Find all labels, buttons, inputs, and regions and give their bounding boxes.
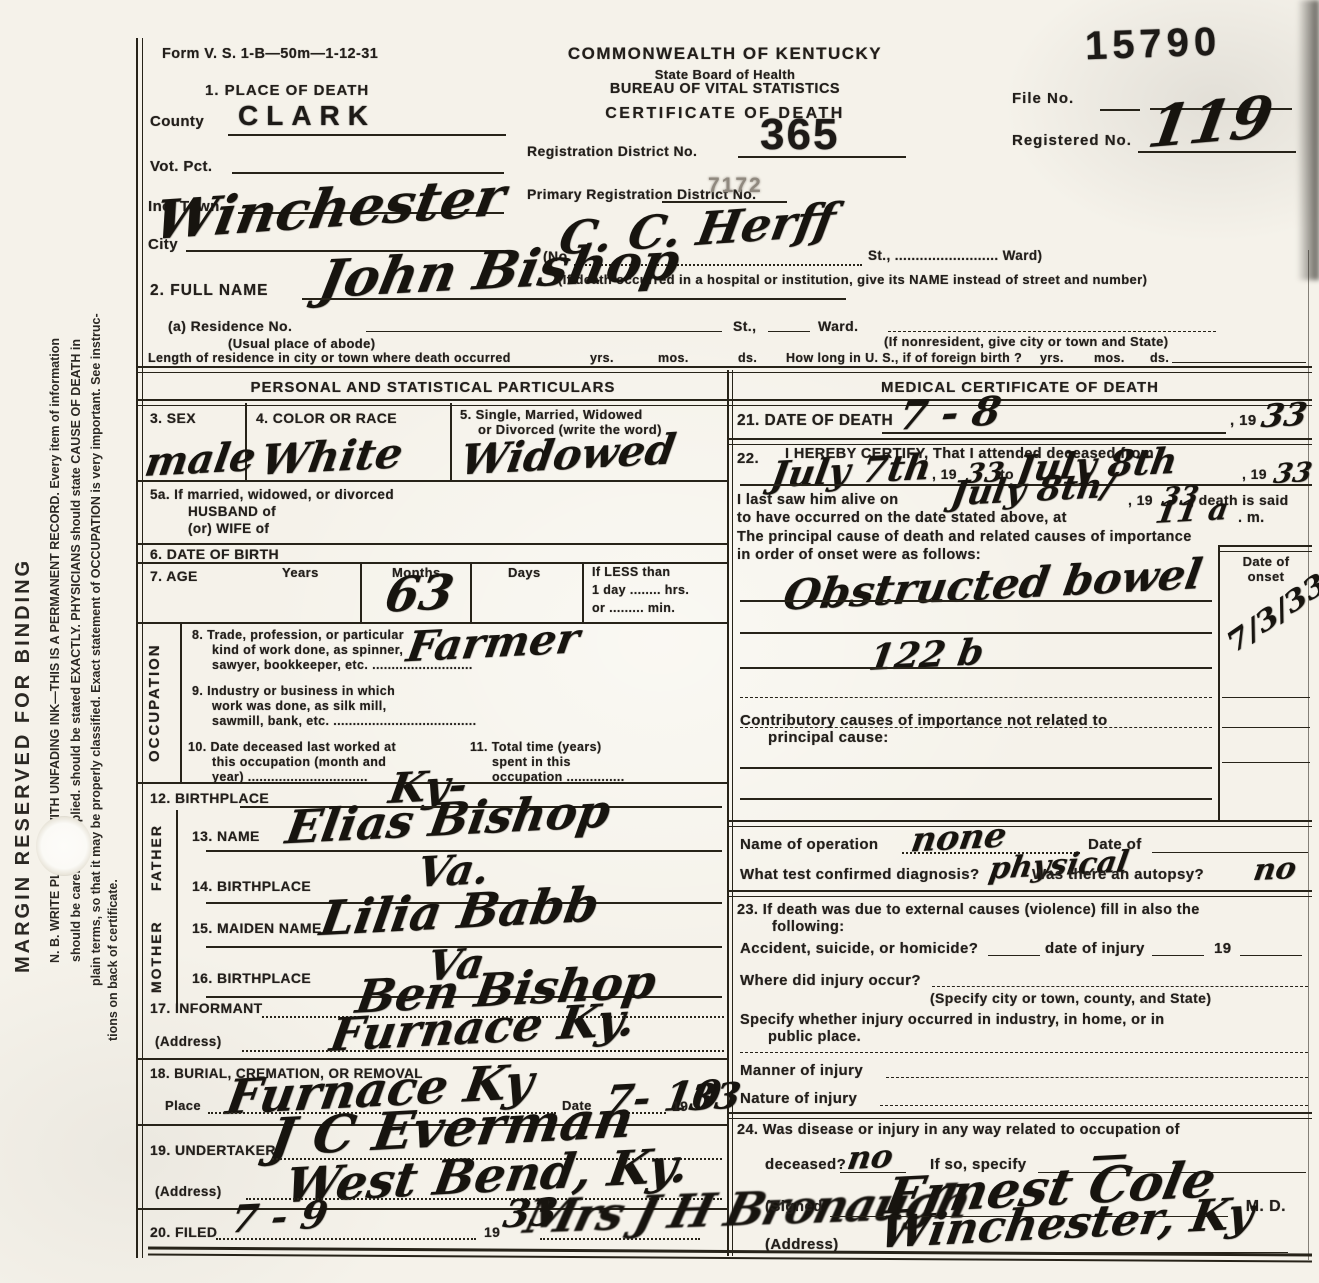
- burial-year-printed: 19: [672, 1098, 688, 1114]
- city-label: City: [148, 236, 178, 253]
- length-mos-label: mos.: [658, 351, 689, 365]
- full-name-label: 2. FULL NAME: [150, 282, 269, 300]
- date-of-death-year-printed: , 19: [1230, 412, 1257, 429]
- file-no-label: File No.: [1012, 90, 1074, 107]
- injury-date-line: [1152, 955, 1204, 956]
- place-of-death-title: 1. PLACE OF DEATH: [205, 82, 369, 99]
- age-col-divider-2: [470, 562, 472, 622]
- injury-bottom-rule: [727, 1112, 1312, 1119]
- undertaker-label: 19. UNDERTAKER: [150, 1142, 276, 1158]
- mother-name-label: 15. MAIDEN NAME: [192, 920, 322, 936]
- foreign-mos-label: mos.: [1094, 351, 1125, 365]
- margin-note-line5: tions on back of certificate.: [106, 690, 120, 1230]
- last-saw-year-printed: , 19: [1128, 492, 1153, 508]
- form-number: Form V. S. 1-B—50m—1-12-31: [162, 46, 378, 62]
- item5a-label-1: 5a. If married, widowed, or divorced: [150, 487, 394, 502]
- item5a-label-3: (or) WIFE of: [188, 521, 269, 536]
- registered-no-value: 119: [1143, 83, 1277, 161]
- signed-label: (Signed: [765, 1198, 823, 1215]
- margin-note-line2: N. B. WRITE PLAINLY, WITH UNFADING INK—T…: [48, 30, 62, 1270]
- state-board-subtitle: State Board of Health: [530, 67, 920, 82]
- color-box-divider: [450, 403, 452, 480]
- cause-line-1: [740, 600, 1212, 602]
- principal-cause-label-2: in order of onset were as follows:: [737, 547, 981, 563]
- contributory-label-1: Contributory causes of importance not re…: [740, 712, 1108, 729]
- color-race-value: White: [257, 428, 406, 484]
- primary-district-stamp: 7172: [708, 174, 763, 198]
- residence-ward-dash: [768, 331, 810, 332]
- deceased-label: deceased?: [765, 1156, 846, 1173]
- onset-box-line-1: [1222, 697, 1310, 698]
- item11-label-2: spent in this: [492, 755, 571, 769]
- father-name-value: Elias Bishop: [282, 784, 614, 855]
- margin-note-line4: plain terms, so that it may be properly …: [89, 30, 103, 1270]
- residence-ward-line: [888, 331, 1216, 332]
- scan-edge-artifact: [1297, 0, 1319, 280]
- county-label: County: [150, 113, 204, 130]
- medical-section-title: MEDICAL CERTIFICATE OF DEATH: [735, 379, 1305, 396]
- if-less-label-2: 1 day ........ hrs.: [592, 583, 689, 597]
- registered-no-label: Registered No.: [1012, 132, 1132, 149]
- cause-line-4: [740, 697, 1212, 698]
- filed-label: 20. FILED: [150, 1224, 217, 1240]
- item23-label-2: following:: [772, 919, 844, 935]
- medical-title-rule: [727, 399, 1312, 406]
- full-name-line: [302, 298, 846, 300]
- residence-ward-label: Ward.: [818, 318, 858, 334]
- manner-of-injury-line: [886, 1077, 1308, 1078]
- residence-line: [366, 331, 722, 332]
- county-line: [228, 134, 506, 136]
- date-of-death-line: [882, 432, 1226, 434]
- informant-address-label: (Address): [155, 1034, 222, 1049]
- father-box-divider: [176, 810, 178, 904]
- undertaker-address-label: (Address): [155, 1184, 222, 1199]
- occupation-vertical-label: OCCUPATION: [146, 624, 163, 782]
- last-saw-label: I last saw him alive on: [737, 492, 899, 508]
- marital-value: Widowed: [457, 424, 679, 484]
- injury-year-label: 19: [1214, 940, 1232, 957]
- city-value: Winchester: [150, 164, 511, 252]
- nature-of-injury-line: [880, 1105, 1308, 1106]
- color-race-label: 4. COLOR OR RACE: [256, 410, 397, 426]
- margin-binding-text: MARGIN RESERVED FOR BINDING: [12, 260, 35, 1270]
- personal-section-title: PERSONAL AND STATISTICAL PARTICULARS: [150, 379, 716, 396]
- cause-of-death-value-2: 122 b: [866, 631, 987, 679]
- length-ds-label: ds.: [738, 351, 757, 365]
- personal-title-rule: [136, 399, 727, 406]
- nature-of-injury-label: Nature of injury: [740, 1090, 857, 1107]
- item9-label-2: work was done, as silk mill,: [212, 699, 386, 713]
- operation-label: Name of operation: [740, 836, 878, 853]
- sex-row-bottom-line: [136, 480, 727, 482]
- where-injury-note: (Specify city or town, county, and State…: [930, 990, 1211, 1006]
- injury-year-line: [1240, 955, 1302, 956]
- item5a-label-2: HUSBAND of: [188, 504, 276, 519]
- hole-punch: [36, 816, 92, 876]
- accident-line: [988, 955, 1040, 956]
- contributory-line-2: [740, 798, 1212, 800]
- sex-value: male: [142, 433, 259, 486]
- contributory-bottom-rule: [727, 820, 1312, 827]
- length-residence-label: Length of residence in city or town wher…: [148, 351, 511, 365]
- specify-label-1: Specify whether injury occurred in indus…: [740, 1012, 1165, 1028]
- informant-address-dotted-line: [242, 1050, 724, 1052]
- age-years-header: Years: [282, 565, 319, 580]
- column-divider: [727, 370, 729, 1256]
- father-name-label: 13. NAME: [192, 828, 260, 844]
- informant-label: 17. INFORMANT: [150, 1000, 263, 1016]
- where-injury-line: [932, 986, 1308, 987]
- mother-name-value: Lilia Babb: [316, 877, 603, 947]
- test-label: What test confirmed diagnosis?: [740, 866, 980, 883]
- foreign-birth-label: How long in U. S., if of foreign birth ?: [786, 351, 1022, 365]
- injury-separator-line: [740, 1052, 1308, 1053]
- st-ward-label: St., ......................... Ward): [868, 248, 1042, 263]
- death-certificate-document: MARGIN RESERVED FOR BINDING N. B. WRITE …: [0, 0, 1319, 1283]
- onset-box-line-3: [1222, 762, 1310, 763]
- county-value: CLARK: [238, 100, 376, 132]
- margin-note-line3: should be carefully supplied. should be …: [69, 30, 83, 1270]
- item9-label-3: sawmill, bank, etc. ....................…: [212, 714, 477, 728]
- item8-label-2: kind of work done, as spinner,: [212, 643, 403, 657]
- commonwealth-title: COMMONWEALTH OF KENTUCKY: [530, 44, 920, 64]
- dob-label: 6. DATE OF BIRTH: [150, 546, 279, 562]
- item22-number: 22.: [737, 450, 759, 467]
- onset-label-1: Date of: [1220, 554, 1312, 569]
- certificate-title: CERTIFICATE OF DEATH: [530, 105, 920, 123]
- registration-district-label: Registration District No.: [527, 143, 697, 159]
- father-vertical-label: FATHER: [148, 812, 164, 904]
- accident-label: Accident, suicide, or homicide?: [740, 940, 978, 957]
- sex-label: 3. SEX: [150, 410, 196, 426]
- form-bottom-rule: [148, 1246, 1312, 1262]
- item10-label-1: 10. Date deceased last worked at: [188, 740, 396, 754]
- filed-year-printed: 19: [484, 1224, 500, 1240]
- occupation-box-divider: [180, 622, 182, 782]
- dob-bottom-line: [136, 562, 727, 564]
- file-no-line: [1100, 109, 1140, 111]
- last-saw-value: July 8th/: [948, 466, 1118, 514]
- mother-box-divider: [176, 904, 178, 1004]
- principal-cause-label-1: The principal cause of death and related…: [737, 529, 1192, 545]
- attended-to-year-printed: , 19: [1242, 466, 1267, 482]
- item9-label-1: 9. Industry or business in which: [192, 684, 395, 698]
- injury-date-label: date of injury: [1045, 940, 1145, 957]
- certificate-number-stamp: 15790: [1084, 20, 1222, 70]
- mother-birthplace-label: 16. BIRTHPLACE: [192, 970, 311, 986]
- onset-box-left-border: [1218, 545, 1220, 822]
- item23-label-1: 23. If death was due to external causes …: [737, 902, 1200, 918]
- form-left-border-inner: [142, 38, 143, 1258]
- cause-line-3: [740, 667, 1212, 669]
- form-left-border-outer: [136, 38, 138, 1258]
- marital-label-1: 5. Single, Married, Widowed: [460, 407, 643, 422]
- item8-label-1: 8. Trade, profession, or particular: [192, 628, 404, 642]
- occurred-label: to have occurred on the date stated abov…: [737, 510, 1067, 526]
- registered-no-line: [1138, 151, 1296, 153]
- age-label: 7. AGE: [150, 568, 198, 584]
- vot-pct-label: Vot. Pct.: [150, 158, 213, 175]
- date-of-death-year-value: 33: [1259, 395, 1310, 435]
- contributory-line-1: [740, 767, 1212, 769]
- occupation-value: Farmer: [403, 614, 583, 672]
- header-bottom-rule: [136, 366, 1312, 373]
- length-yrs-label: yrs.: [590, 351, 614, 365]
- nonresident-note: (If nonresident, give city or town and S…: [884, 334, 1169, 349]
- onset-box-line-2: [1222, 727, 1310, 728]
- residence-label: (a) Residence No.: [168, 318, 292, 334]
- age-days-header: Days: [508, 565, 541, 580]
- bureau-subtitle: BUREAU OF VITAL STATISTICS: [530, 81, 920, 97]
- specify-label-2: public place.: [768, 1029, 861, 1045]
- age-value: 63: [381, 564, 457, 623]
- registration-district-line: [738, 156, 906, 158]
- foreign-ds-label: ds.: [1150, 351, 1169, 365]
- abode-note: (Usual place of abode): [228, 336, 376, 351]
- foreign-line: [1172, 362, 1306, 363]
- if-less-label-1: If LESS than: [592, 565, 670, 579]
- occurred-time-value: 11 a: [1153, 492, 1231, 531]
- attended-from-value: July 7th: [768, 446, 934, 496]
- registration-district-value: 365: [760, 110, 839, 160]
- item10-label-2: this occupation (month and: [212, 755, 386, 769]
- item21-bottom-rule: [727, 438, 1312, 445]
- where-injury-label: Where did injury occur?: [740, 972, 921, 989]
- if-less-label-3: or ......... min.: [592, 601, 675, 615]
- autopsy-value: no: [1251, 851, 1299, 888]
- item5a-bottom-line: [136, 543, 727, 545]
- birthplace-label: 12. BIRTHPLACE: [150, 790, 269, 806]
- manner-of-injury-label: Manner of injury: [740, 1062, 863, 1079]
- filed-date-value: 7 - 9: [228, 1192, 331, 1242]
- onset-box-top-rule: [1218, 545, 1312, 552]
- foreign-yrs-label: yrs.: [1040, 351, 1064, 365]
- contributory-label-2: principal cause:: [768, 729, 889, 746]
- father-birthplace-label: 14. BIRTHPLACE: [192, 878, 311, 894]
- occurred-m-label: . m.: [1238, 510, 1265, 526]
- age-col-divider-1: [360, 562, 362, 622]
- residence-st-label: St.,: [733, 318, 756, 334]
- autopsy-label: Was there an autopsy?: [1032, 866, 1204, 883]
- burial-place-label: Place: [165, 1098, 201, 1113]
- mother-vertical-label: MOTHER: [148, 906, 164, 1008]
- date-of-death-label: 21. DATE OF DEATH: [737, 412, 893, 430]
- item11-label-1: 11. Total time (years): [470, 740, 602, 754]
- column-divider-inner: [732, 370, 733, 1256]
- filed-dotted-line: [216, 1238, 476, 1240]
- test-bottom-rule: [727, 890, 1312, 897]
